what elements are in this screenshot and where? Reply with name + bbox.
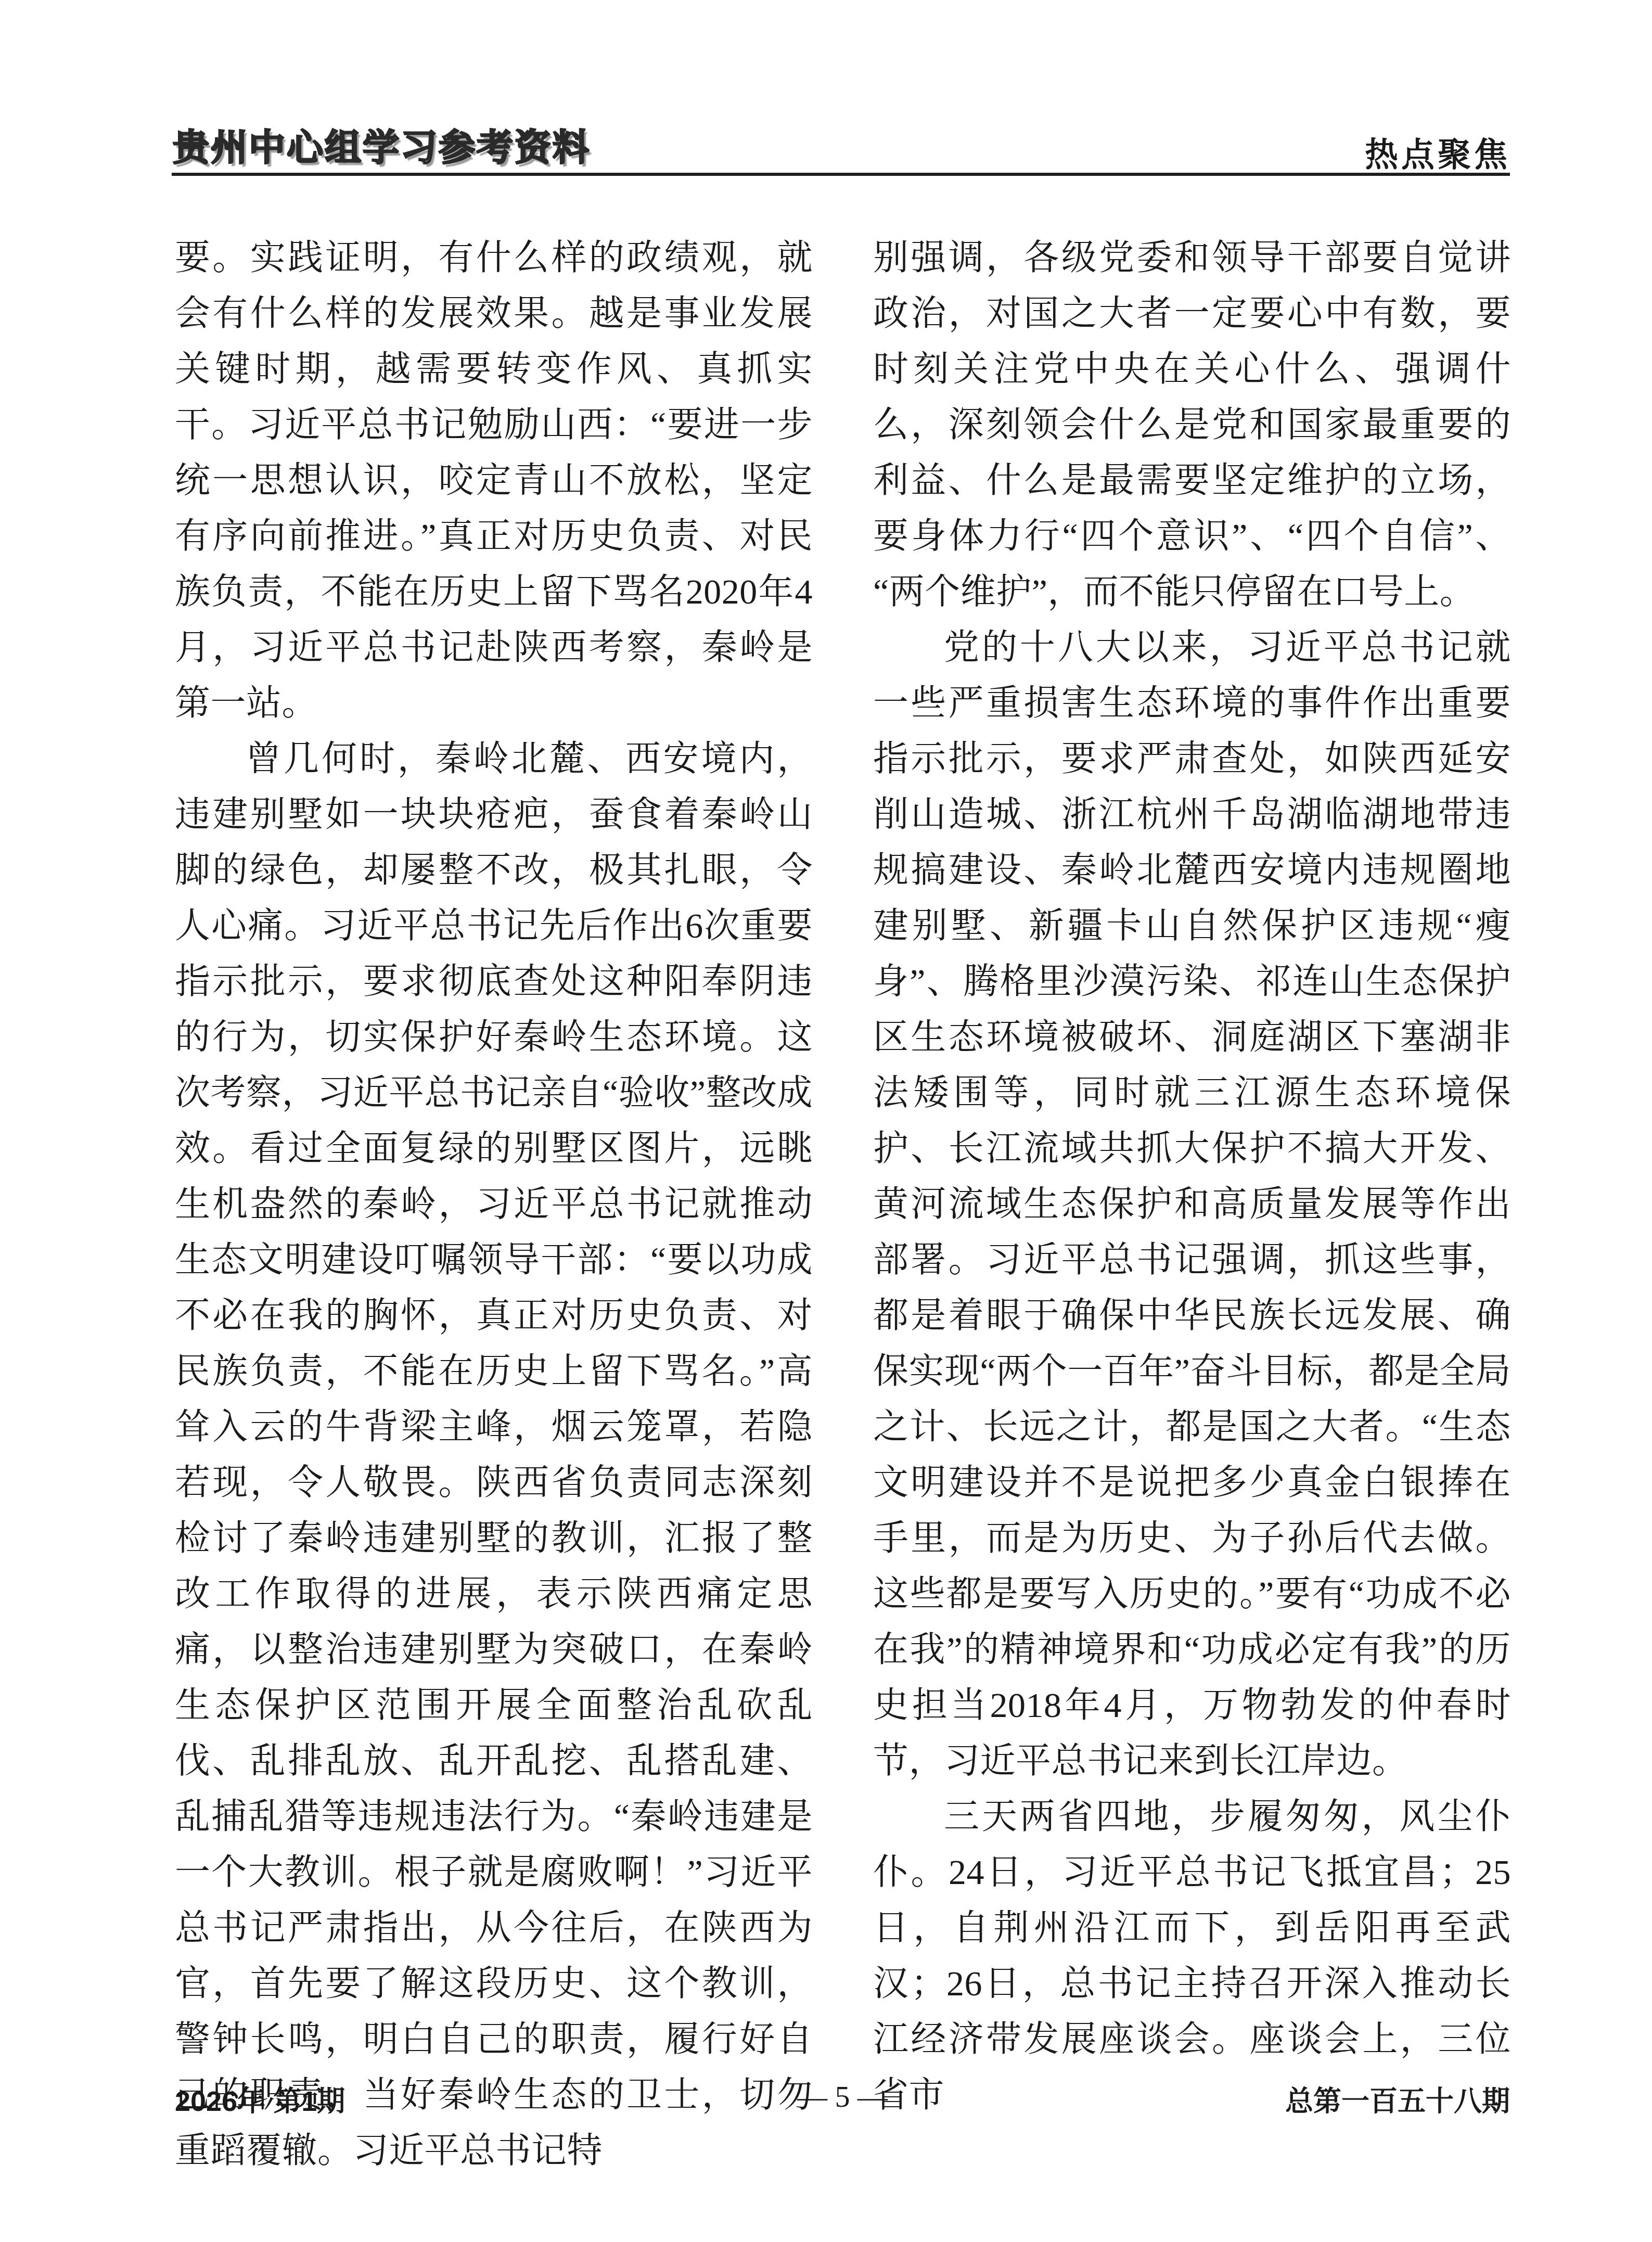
paragraph: 曾几何时，秦岭北麓、西安境内，违建别墅如一块块疮疤，蚕食着秦岭山脚的绿色，却屡整…	[175, 731, 813, 2179]
section-title: 热点聚焦	[1365, 128, 1510, 176]
header-rule	[172, 173, 1510, 176]
left-column: 要。实践证明，有什么样的政绩观，就会有什么样的发展效果。越是事业发展关键时期，越…	[175, 230, 813, 2179]
right-column: 别强调，各级党委和领导干部要自觉讲政治，对国之大者一定要心中有数，要时刻关注党中…	[873, 230, 1511, 2123]
paragraph: 党的十八大以来，习近平总书记就一些严重损害生态环境的事件作出重要指示批示，要求严…	[873, 620, 1511, 1789]
publication-logo: 贵州中心组学习参考资料	[173, 119, 591, 171]
page-footer: 2026年 第1期 — 5 — 总第一百五十八期	[175, 2075, 1510, 2117]
paragraph-continuation: 别强调，各级党委和领导干部要自觉讲政治，对国之大者一定要心中有数，要时刻关注党中…	[873, 230, 1511, 620]
footer-issue-label: 2026年 第1期	[175, 2079, 345, 2119]
footer-cumulative-issue-label: 总第一百五十八期	[1285, 2079, 1510, 2119]
paragraph-continuation: 要。实践证明，有什么样的政绩观，就会有什么样的发展效果。越是事业发展关键时期，越…	[175, 230, 813, 731]
paragraph: 三天两省四地，步履匆匆，风尘仆仆。24日，习近平总书记飞抵宜昌；25日，自荆州沿…	[873, 1789, 1511, 2123]
document-page: 贵州中心组学习参考资料 热点聚焦 要。实践证明，有什么样的政绩观，就会有什么样的…	[0, 0, 1652, 2242]
footer-page-number: — 5 —	[797, 2079, 888, 2114]
